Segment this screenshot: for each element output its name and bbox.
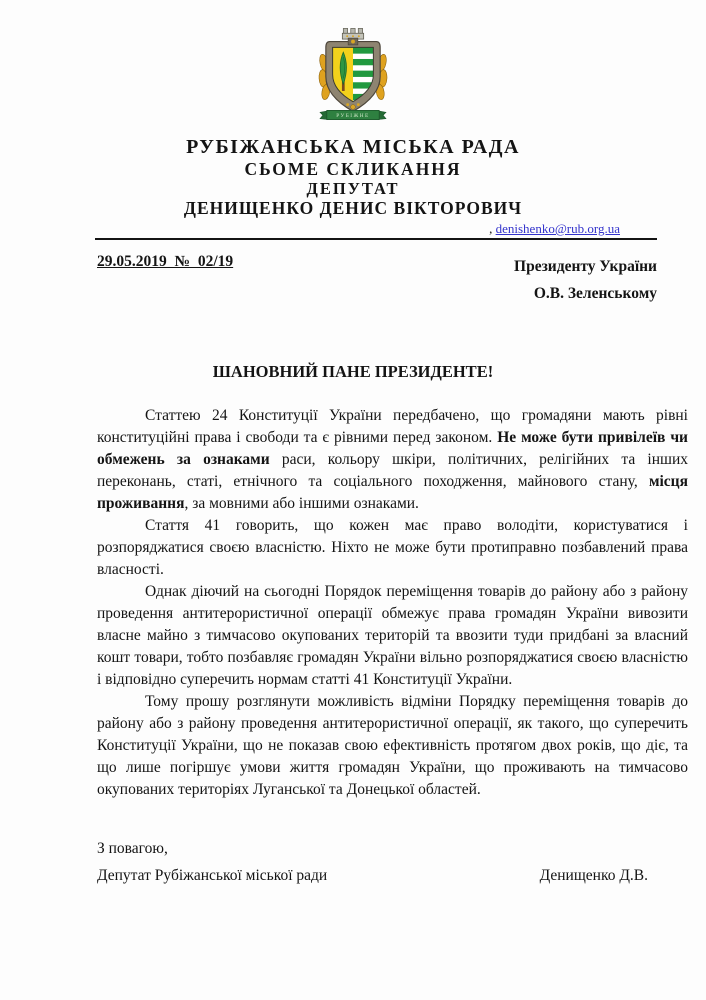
paragraph-3: Однак діючий на сьогодні Порядок переміщ… — [97, 581, 688, 691]
emblem-banner-text: РУБІЖНЕ — [336, 113, 370, 119]
city-coat-of-arms-icon: РУБІЖНЕ — [316, 26, 390, 123]
signature-block: З повагою, Депутат Рубіжанської міської … — [97, 835, 648, 889]
paragraph-2: Стаття 41 говорить, що кожен має право в… — [97, 515, 688, 581]
letter-page: РУБІЖНЕ РУБІЖАНСЬКА МІСЬКА РАДА СЬОМЕ СК… — [0, 0, 706, 1000]
org-convocation: СЬОМЕ СКЛИКАННЯ — [0, 159, 706, 179]
date-and-number: 29.05.2019 № 02/19 — [97, 253, 233, 271]
addressee-name: О.В. Зеленському — [514, 280, 657, 307]
closing: З повагою, — [97, 835, 648, 862]
letterhead: РУБІЖАНСЬКА МІСЬКА РАДА СЬОМЕ СКЛИКАННЯ … — [0, 135, 706, 219]
signer-position: Депутат Рубіжанської міської ради — [97, 862, 327, 889]
paragraph-4: Тому прошу розглянути можливість відміни… — [97, 691, 688, 801]
salutation: ШАНОВНИЙ ПАНЕ ПРЕЗИДЕНТЕ! — [0, 363, 706, 380]
p1-text: , за мовними або іншими ознаками. — [184, 495, 418, 512]
paragraph-1: Статтею 24 Конституції України передбаче… — [97, 405, 688, 515]
email-row: , denishenko@rub.org.ua — [0, 221, 706, 236]
deputy-name: ДЕНИЩЕНКО ДЕНИС ВІКТОРОВИЧ — [0, 198, 706, 219]
crown-icon — [342, 28, 363, 39]
addressee-block: Президенту України О.В. Зеленському — [514, 253, 657, 307]
ribbon-banner: РУБІЖНЕ — [320, 110, 386, 119]
addressee-title: Президенту України — [514, 253, 657, 280]
header-divider — [95, 238, 657, 240]
reference-row: 29.05.2019 № 02/19 Президенту України О.… — [97, 253, 657, 307]
letter-body: Статтею 24 Конституції України передбаче… — [97, 405, 688, 801]
signer-name: Денищенко Д.В. — [540, 862, 648, 889]
org-name: РУБІЖАНСЬКА МІСЬКА РАДА — [0, 135, 706, 159]
org-role: ДЕПУТАТ — [0, 179, 706, 198]
email-link[interactable]: denishenko@rub.org.ua — [496, 221, 620, 236]
